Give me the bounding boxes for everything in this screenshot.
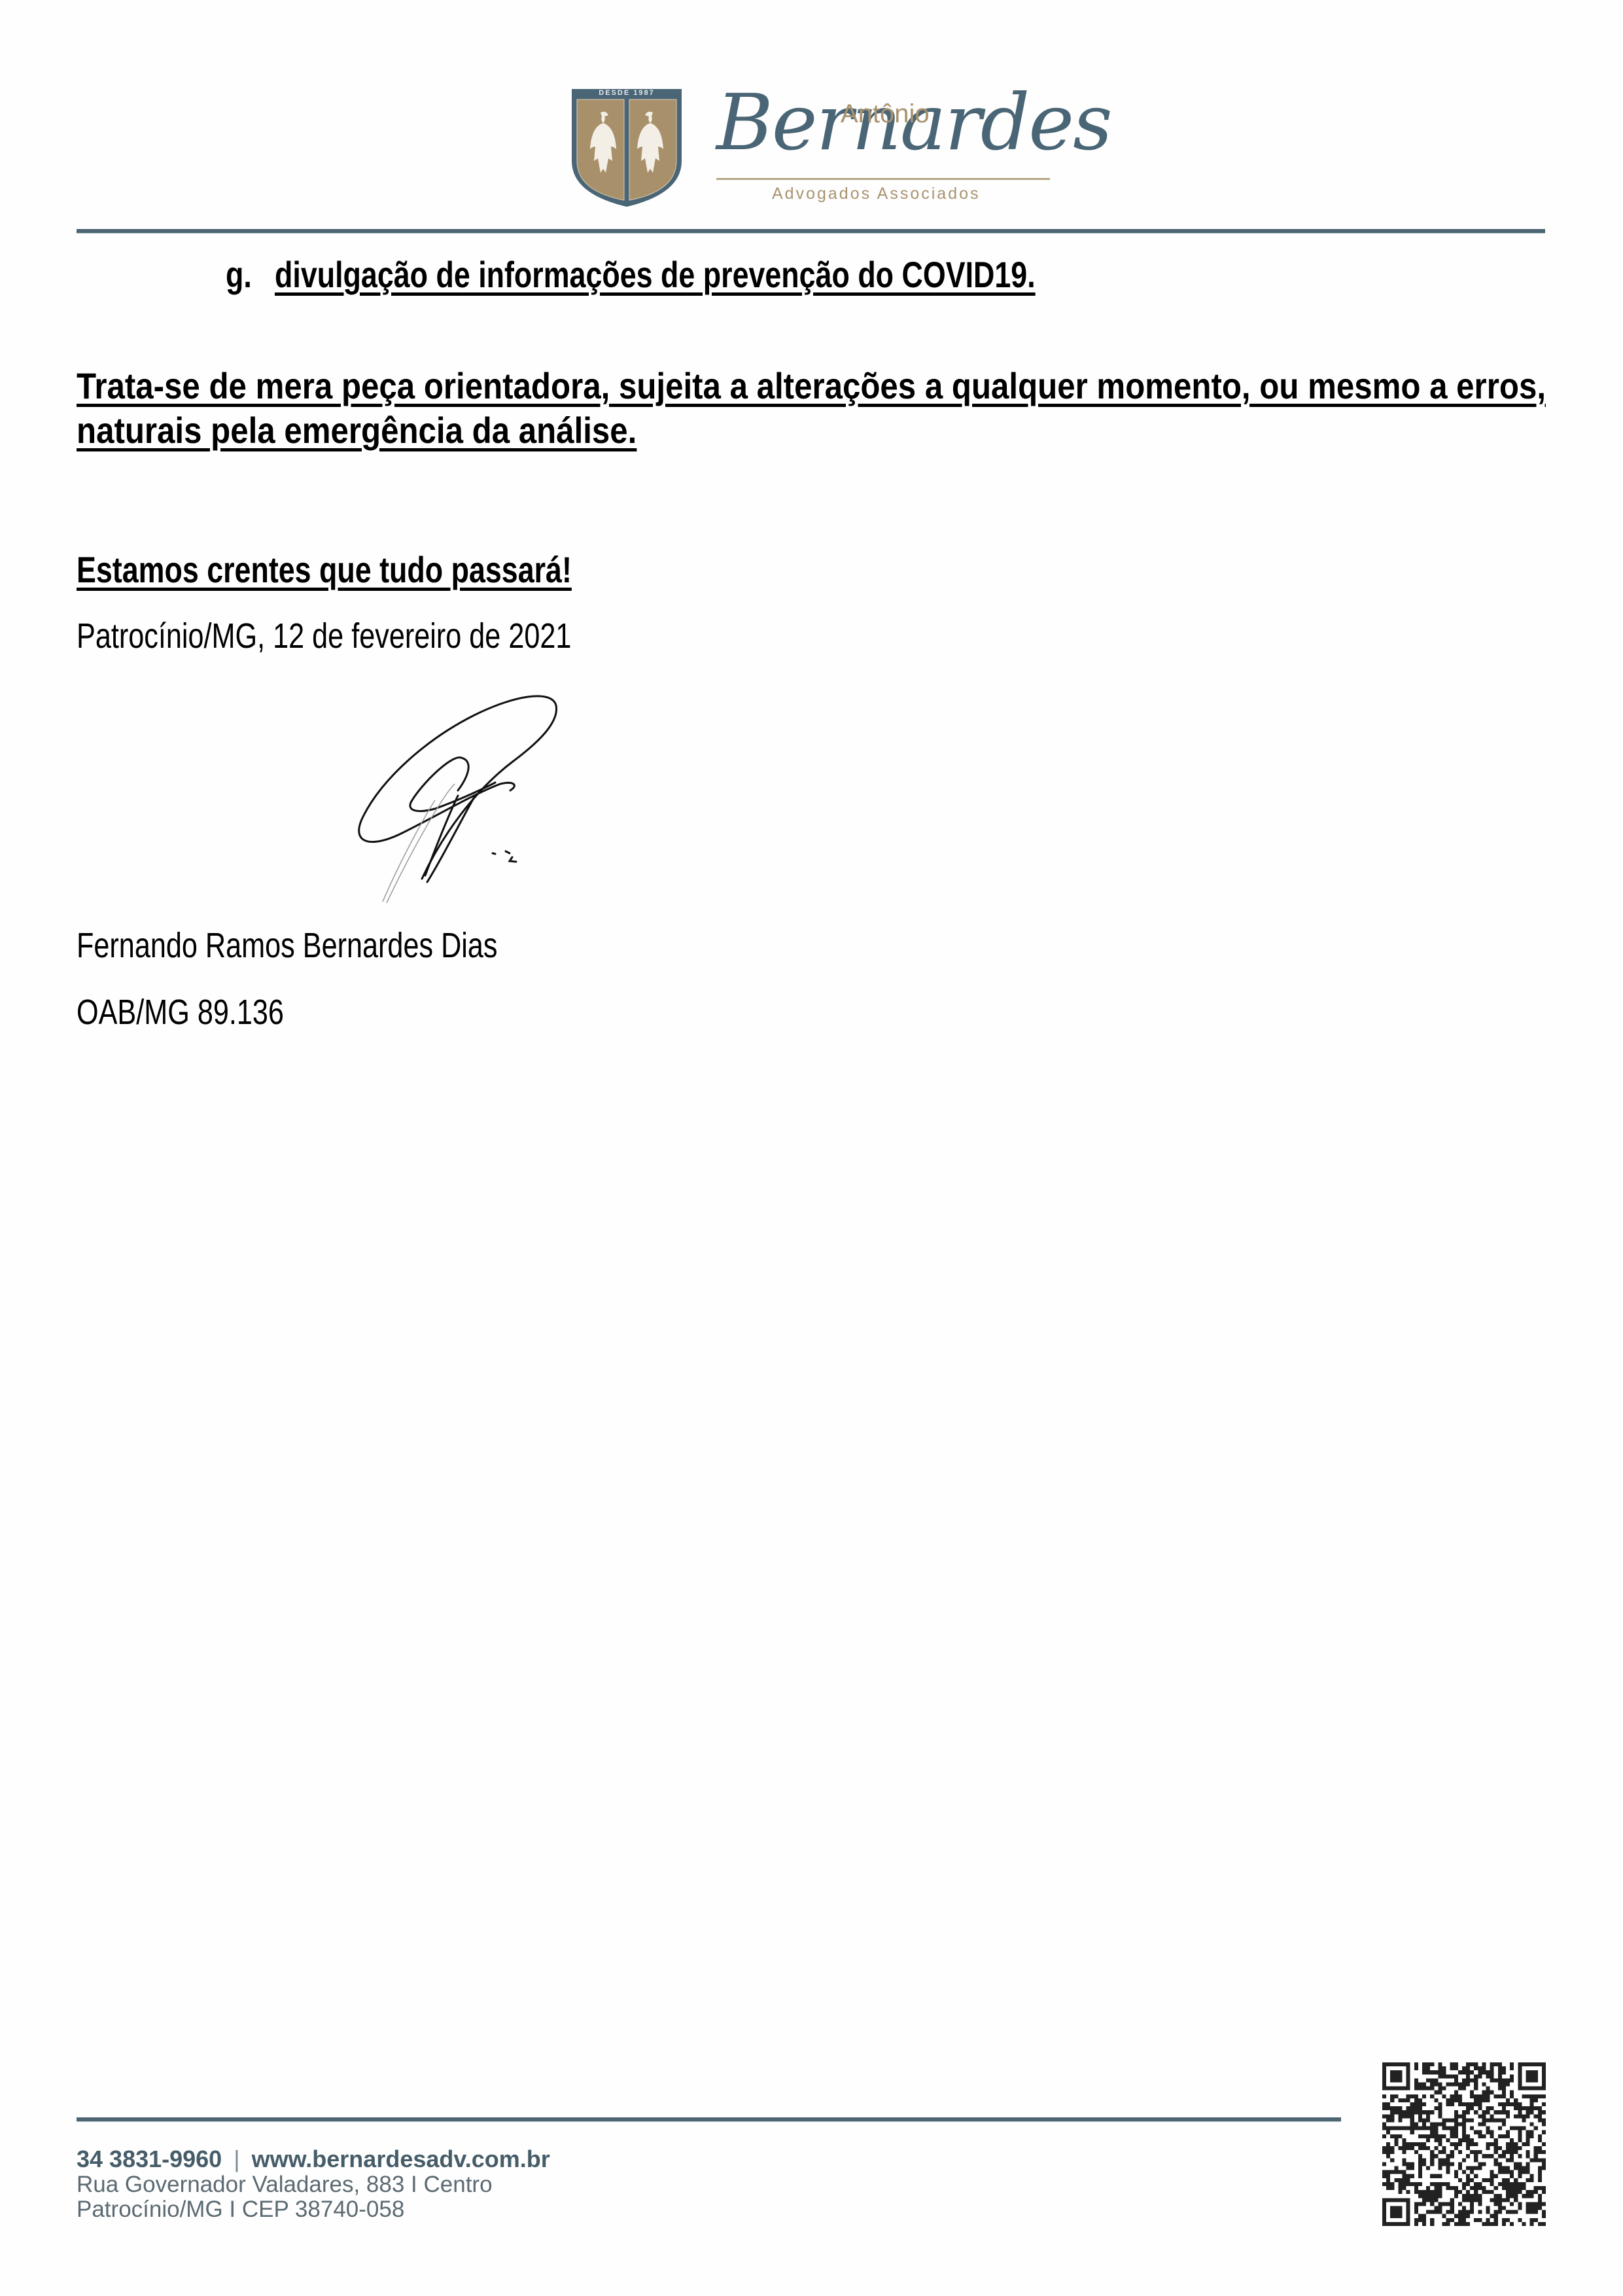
list-item-text: divulgação de informações de prevenção d… — [275, 256, 1036, 293]
footer-separator: | — [234, 2146, 239, 2172]
footer-website-link[interactable]: www.bernardesadv.com.br — [252, 2146, 550, 2172]
footer-address-line-2: Patrocínio/MG I CEP 38740-058 — [77, 2197, 550, 2222]
logo-divider — [716, 178, 1050, 180]
signer-name: Fernando Ramos Bernardes Dias — [77, 928, 602, 963]
footer-phone: 34 3831-9960 — [77, 2146, 222, 2172]
logo-wordmark: Bernardes Antônio Advogados Associados — [710, 80, 1056, 211]
logo-shield: DESDE 1987 — [569, 82, 684, 208]
signature-icon — [343, 686, 566, 905]
disclaimer-line-2: naturais pela emergência da análise. — [77, 412, 637, 449]
disclaimer-line-1: Trata-se de mera peça orientadora, sujei… — [77, 368, 1546, 404]
disclaimer-paragraph: Trata-se de mera peça orientadora, sujei… — [77, 368, 1546, 457]
closing-text: Estamos crentes que tudo passará! — [77, 552, 572, 588]
signer-name-text: Fernando Ramos Bernardes Dias — [77, 928, 498, 963]
footer-contact: 34 3831-9960 | www.bernardesadv.com.br R… — [77, 2146, 550, 2222]
shield-banner-text: DESDE 1987 — [569, 89, 684, 97]
closing-statement: Estamos crentes que tudo passará! — [77, 552, 695, 588]
place-date: Patrocínio/MG, 12 de fevereiro de 2021 — [77, 618, 695, 654]
logo-tagline: Advogados Associados — [772, 185, 981, 203]
footer-address-line-1: Rua Governador Valadares, 883 I Centro — [77, 2172, 550, 2197]
footer-divider — [77, 2117, 1341, 2121]
header-divider — [77, 229, 1545, 233]
logo-first-name: Antônio — [841, 99, 930, 129]
qr-code-icon — [1382, 2062, 1546, 2226]
signer-registration-text: OAB/MG 89.136 — [77, 995, 284, 1030]
list-marker: g. — [226, 256, 252, 293]
place-date-text: Patrocínio/MG, 12 de fevereiro de 2021 — [77, 618, 571, 654]
signer-registration: OAB/MG 89.136 — [77, 995, 336, 1030]
